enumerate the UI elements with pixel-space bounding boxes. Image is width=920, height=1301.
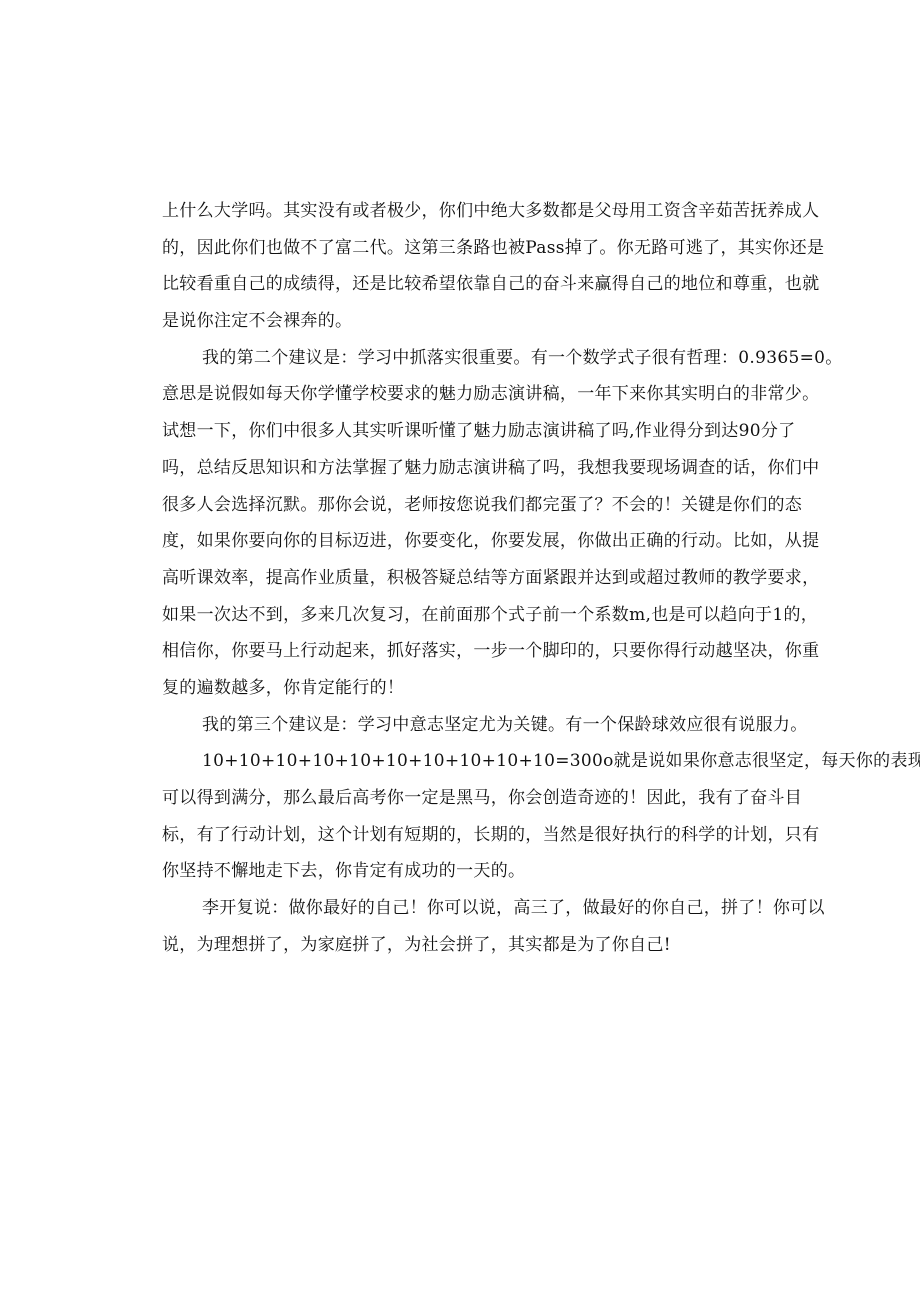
- text-line: 试想一下，你们中很多人其实听课听懂了魅力励志演讲稿了吗,作业得分到达90分了: [162, 417, 750, 454]
- text-line: 你坚持不懈地走下去，你肯定有成功的一天的。: [162, 857, 750, 894]
- text-line: 如果一次达不到，多来几次复习，在前面那个式子前一个系数m,也是可以趋向于1的，: [162, 601, 750, 638]
- text-line: 是说你注定不会裸奔的。: [162, 307, 750, 344]
- text-line: 10+10+10+10+10+10+10+10+10+10=300o就是说如果你…: [162, 747, 750, 784]
- text-line: 相信你，你要马上行动起来，抓好落实，一步一个脚印的，只要你得行动越坚决，你重: [162, 637, 750, 674]
- text-line: 可以得到满分，那么最后高考你一定是黑马，你会创造奇迹的！因此，我有了奋斗目: [162, 784, 750, 821]
- document-page: 上什么大学吗。其实没有或者极少，你们中绝大多数都是父母用工资含辛茹苦抚养成人 的…: [162, 197, 750, 967]
- text-line: 高听课效率，提高作业质量，积极答疑总结等方面紧跟并达到或超过教师的教学要求，: [162, 564, 750, 601]
- text-line: 李开复说：做你最好的自己！你可以说，高三了，做最好的你自己，拼了！你可以: [162, 894, 750, 931]
- text-line: 我的第二个建议是：学习中抓落实很重要。有一个数学式子很有哲理：0.9365=0。: [162, 344, 750, 381]
- text-line: 上什么大学吗。其实没有或者极少，你们中绝大多数都是父母用工资含辛茹苦抚养成人: [162, 197, 750, 234]
- paragraph-5: 李开复说：做你最好的自己！你可以说，高三了，做最好的你自己，拼了！你可以 说，为…: [162, 894, 750, 967]
- paragraph-1: 上什么大学吗。其实没有或者极少，你们中绝大多数都是父母用工资含辛茹苦抚养成人 的…: [162, 197, 750, 344]
- paragraph-4: 10+10+10+10+10+10+10+10+10+10=300o就是说如果你…: [162, 747, 750, 894]
- text-line: 说，为理想拼了，为家庭拼了，为社会拼了，其实都是为了你自己!: [162, 931, 750, 968]
- text-line: 复的遍数越多，你肯定能行的！: [162, 674, 750, 711]
- text-line: 标，有了行动计划，这个计划有短期的，长期的，当然是很好执行的科学的计划，只有: [162, 821, 750, 858]
- text-line: 的，因此你们也做不了富二代。这第三条路也被Pass掉了。你无路可逃了，其实你还是: [162, 234, 750, 271]
- paragraph-3: 我的第三个建议是：学习中意志坚定尤为关键。有一个保龄球效应很有说服力。: [162, 711, 750, 748]
- text-line: 度，如果你要向你的目标迈进，你要变化，你要发展，你做出正确的行动。比如，从提: [162, 527, 750, 564]
- text-line: 比较看重自己的成绩得，还是比较希望依靠自己的奋斗来赢得自己的地位和尊重，也就: [162, 270, 750, 307]
- text-line: 很多人会选择沉默。那你会说，老师按您说我们都完蛋了？不会的！关键是你们的态: [162, 491, 750, 528]
- text-line: 吗，总结反思知识和方法掌握了魅力励志演讲稿了吗，我想我要现场调查的话，你们中: [162, 454, 750, 491]
- paragraph-2: 我的第二个建议是：学习中抓落实很重要。有一个数学式子很有哲理：0.9365=0。…: [162, 344, 750, 711]
- text-line: 意思是说假如每天你学懂学校要求的魅力励志演讲稿，一年下来你其实明白的非常少。: [162, 380, 750, 417]
- text-line: 我的第三个建议是：学习中意志坚定尤为关键。有一个保龄球效应很有说服力。: [162, 711, 750, 748]
